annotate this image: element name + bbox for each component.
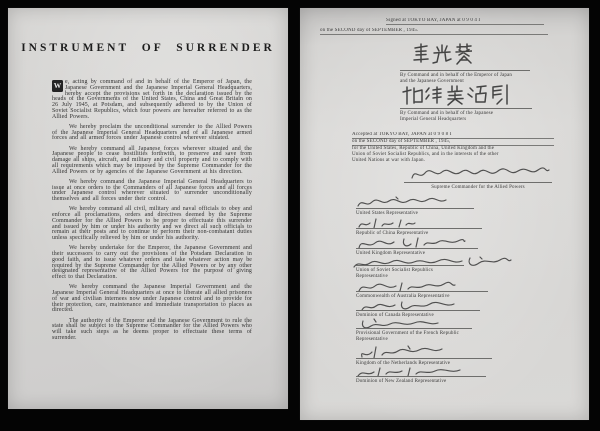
document-title: INSTRUMENT OF SURRENDER — [8, 42, 288, 54]
surrender-paragraph: We hereby command all Japanese forces wh… — [52, 147, 252, 176]
signatory-label: Supreme Commander for the Allied Powers — [404, 182, 552, 191]
umezu-signature-strokes — [402, 84, 514, 108]
photo-of-surrender-document: { "document": "Japanese Instrument of Su… — [0, 0, 600, 431]
signatory-label: Dominion of New Zealand Representative — [356, 376, 486, 385]
signatory-label: Union of Soviet Socialist Republics Repr… — [356, 265, 464, 280]
signed-at-line: Signed at TOKYO BAY, JAPAN at 0 9 0 4 I — [386, 18, 544, 25]
accepted-line: Accepted at TOKYO BAY, JAPAN at 0 9 0 8 … — [352, 132, 554, 139]
macarthur-signature-strokes — [410, 165, 550, 183]
surrender-paragraph: We hereby command the Japanese Imperial … — [52, 285, 252, 314]
initial-w-emblem: W — [52, 80, 63, 92]
caption-line: and the Japanese Government — [400, 79, 464, 84]
accepted-block: Accepted at TOKYO BAY, JAPAN at 0 9 0 8 … — [352, 132, 554, 164]
caption-line: Imperial General Headquarters — [400, 117, 466, 122]
signatory-label: Provisional Government of the French Rep… — [356, 328, 472, 343]
surrender-paragraph: We, acting by command of and in behalf o… — [52, 80, 252, 120]
right-page: Signed at TOKYO BAY, JAPAN at 0 9 0 4 I … — [300, 8, 589, 420]
surrender-paragraph: We hereby command the Japanese Imperial … — [52, 180, 252, 203]
left-page: INSTRUMENT OF SURRENDER We, acting by co… — [8, 8, 288, 409]
surrender-paragraph: We hereby command all civil, military an… — [52, 207, 252, 242]
surrender-paragraph: We hereby undertake for the Emperor, the… — [52, 246, 252, 281]
umezu-kanji-signature — [402, 84, 514, 108]
shigemitsu-signature-strokes — [412, 43, 472, 67]
surrender-paragraph: We hereby proclaim the unconditional sur… — [52, 125, 252, 142]
document-body: We, acting by command of and in behalf o… — [52, 80, 252, 346]
surrender-paragraph: The authority of the Emperor and the Jap… — [52, 319, 252, 342]
signatory-label: United States Representative — [356, 208, 474, 217]
accepted-line: United Nations at war with Japan. — [352, 158, 554, 164]
macarthur-signature — [410, 165, 550, 183]
signatory-label: Commonwealth of Australia Representative — [356, 291, 488, 300]
paragraph-text: e, acting by command of and in behalf of… — [52, 79, 252, 120]
shigemitsu-kanji-signature — [412, 43, 472, 67]
caption-line: By Command and in behalf of the Japanese — [400, 111, 493, 116]
japan-government-caption: By Command and in behalf of the Emperor … — [400, 70, 530, 85]
japan-hq-caption: By Command and in behalf of the Japanese… — [400, 108, 532, 123]
signed-date-line: on the SECOND day of SEPTEMBER , 1945. — [320, 28, 548, 35]
accepted-line: on the SECOND day of SEPTEMBER , 1945, — [352, 139, 554, 146]
caption-line: By Command and in behalf of the Emperor … — [400, 73, 512, 78]
